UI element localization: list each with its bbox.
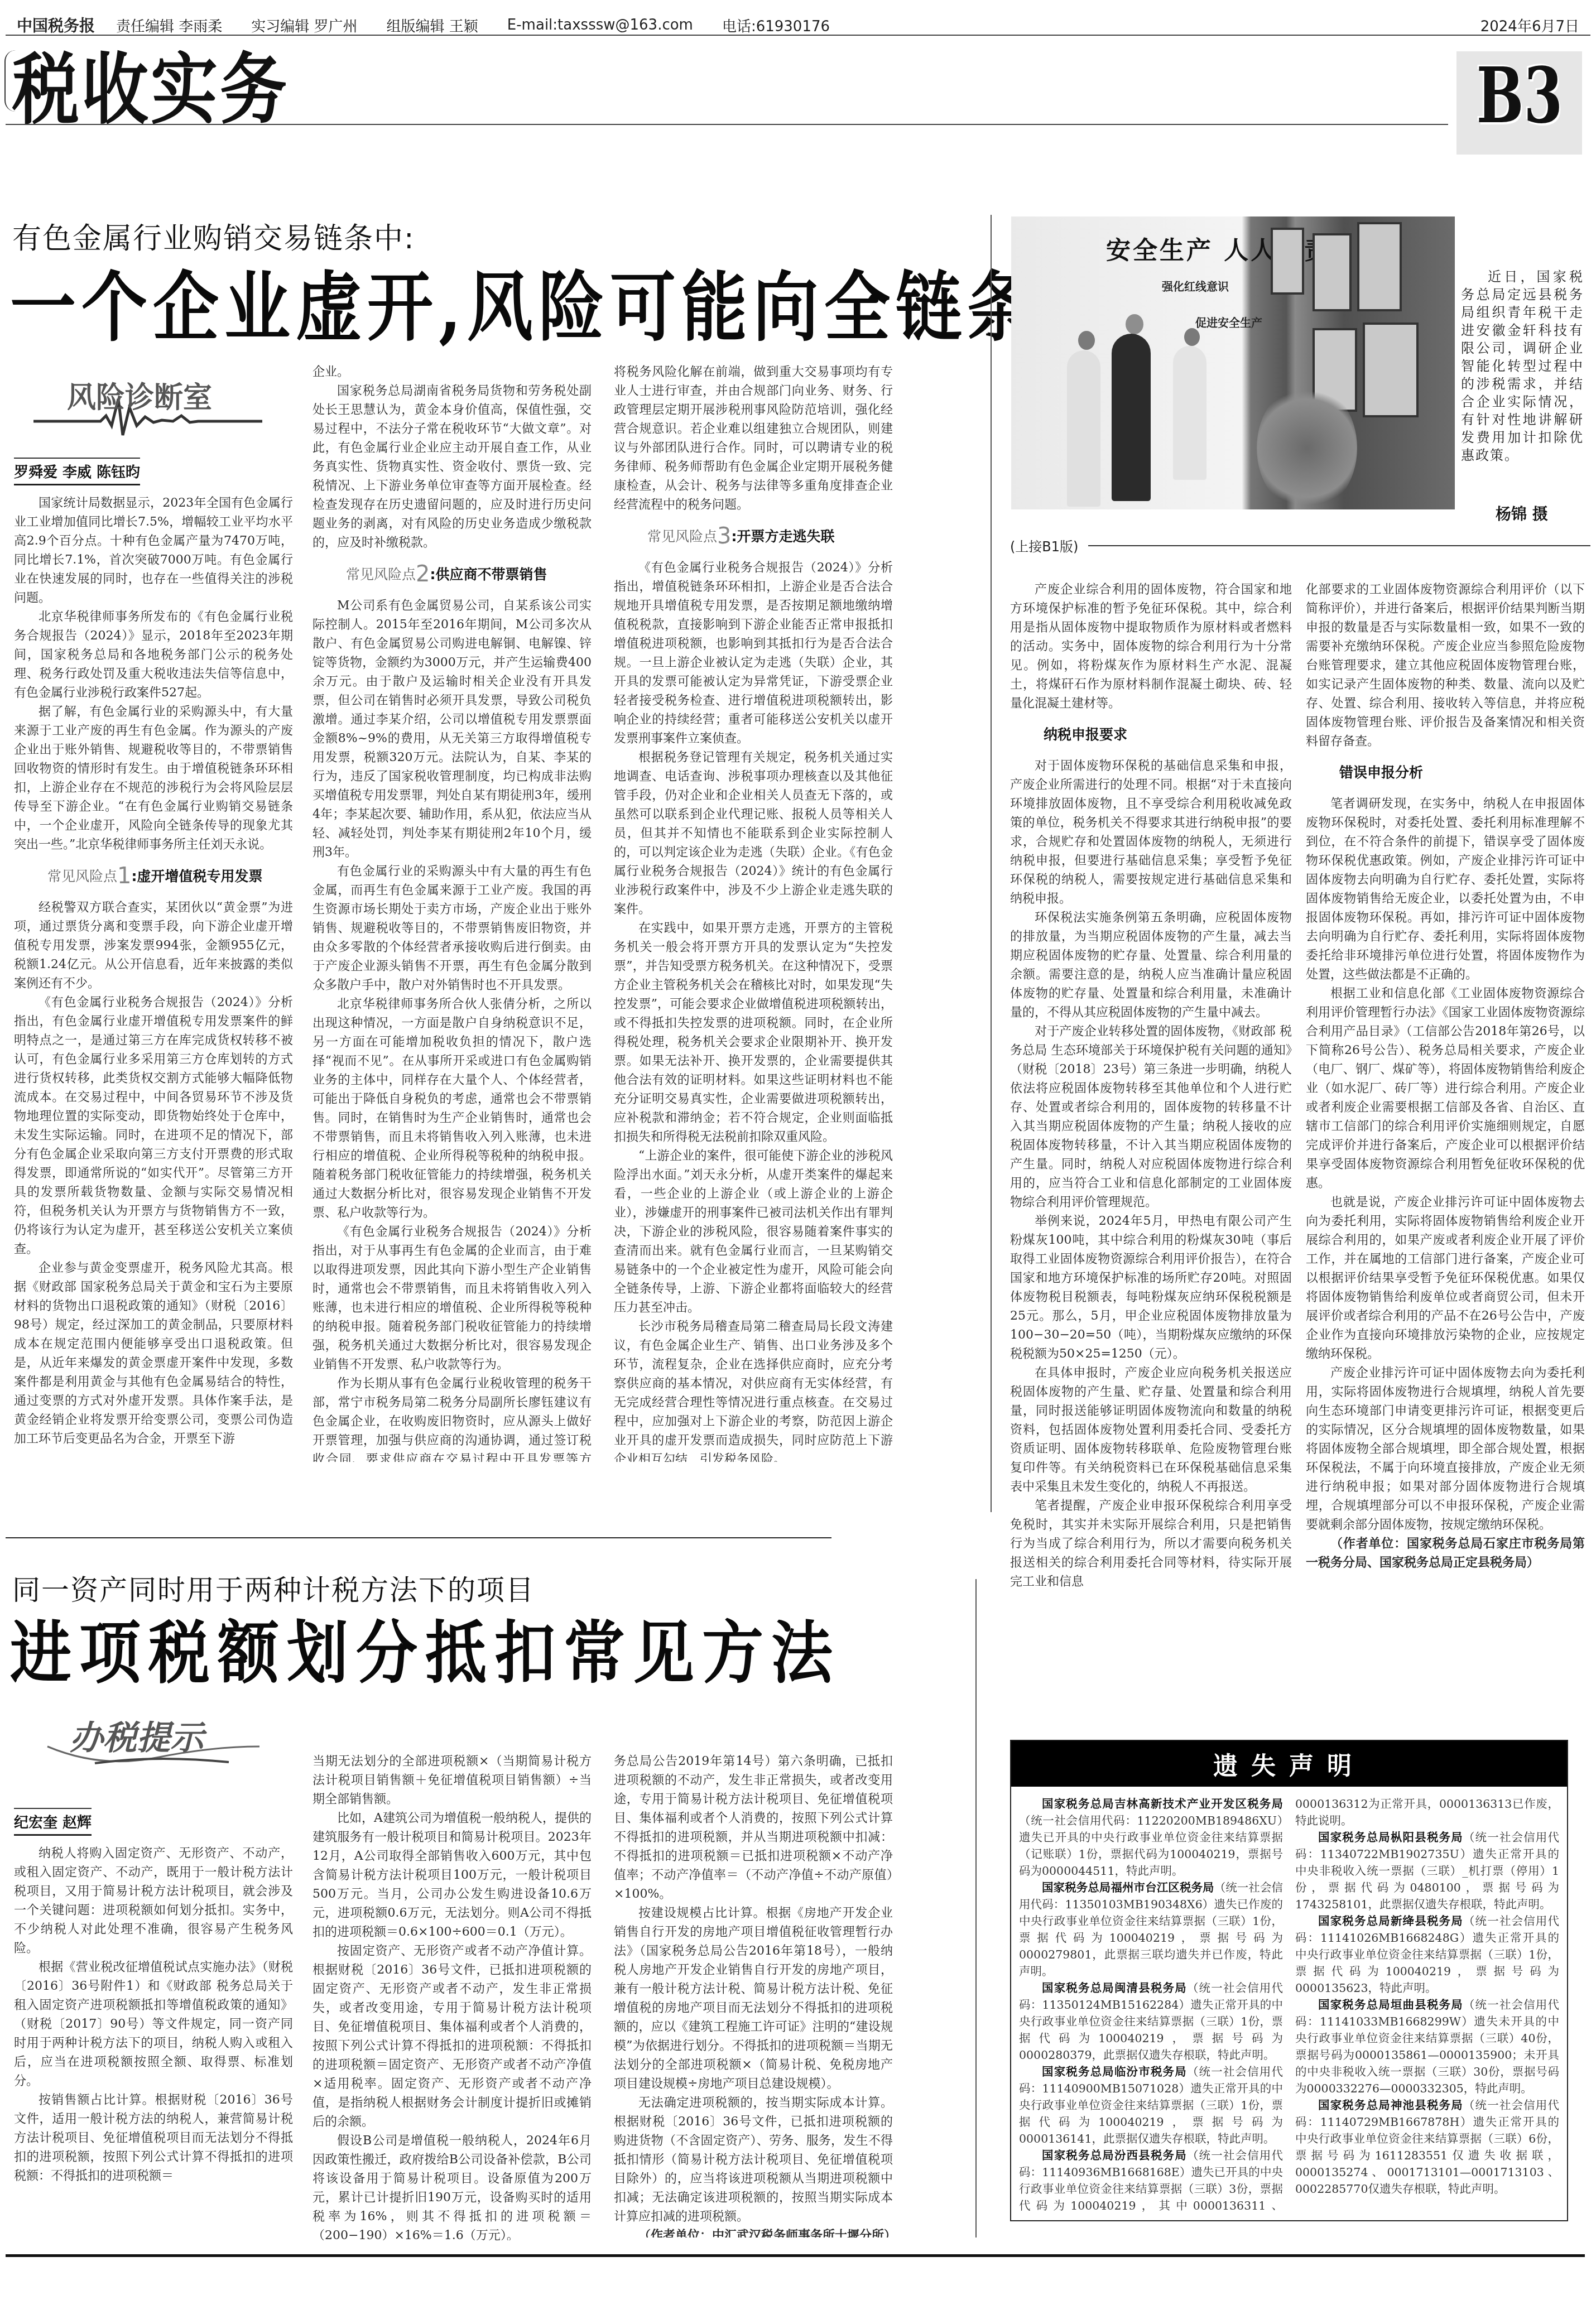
paragraph: 经税警双方联合查实，某团伙以“黄金票”为进项，通过票货分离和变票手段，向下游企业… [14, 898, 293, 993]
article2-column-3: 务总局公告2019年第14号）第六条明确，已抵扣进项税额的不动产，发生非正常损失… [614, 1752, 893, 2238]
page-bottom-rule [6, 2254, 1585, 2257]
paragraph: 无法确定进项税额的，按当期实际成本计算。根据财税〔2016〕36号文件，已抵扣进… [614, 2094, 893, 2226]
paragraph: 笔者调研发现，在实务中，纳税人在申报固体废物环保税时，对委托处置、委托利用标准理… [1306, 795, 1585, 984]
paragraph: 北京华税律师事务所合伙人张倩分析，之所以出现这种情况，一方面是散户自身纳税意识不… [313, 995, 592, 1223]
issuing-office: 国家税务总局汾西县税务局 [1042, 2149, 1187, 2162]
paragraph: 产废企业综合利用的固体废物，符合国家和地方环境保护标准的暂予免征环保税。其中，综… [1010, 580, 1292, 713]
photo-slogan-2: 促进安全生产 [1195, 314, 1262, 330]
paragraph: 举例来说，2024年5月，甲热电有限公司产生粉煤灰100吨，其中综合利用的粉煤灰… [1010, 1212, 1292, 1364]
paragraph: 国家税务总局湖南省税务局货物和劳务税处副处长王思慧认为，黄金本身价值高，保值性强… [313, 382, 592, 552]
lost-notice-box: 遗失声明 国家税务总局吉林高新技术产业开发区税务局（统一社会信用代码：11220… [1010, 1740, 1568, 2221]
person-head [1126, 314, 1143, 334]
issue-date: 2024年6月7日 [1480, 15, 1579, 36]
paragraph: 也就是说，产废企业排污许可证中固体废物去向为委托利用，实际将固体废物销售给利废企… [1306, 1193, 1585, 1364]
paragraph: “上游企业的案件，很可能使下游企业的涉税风险浮出水面。”刘天永分析，从虚开类案件… [614, 1147, 893, 1317]
monitor-screen [1363, 323, 1419, 417]
article3-column-1: 产废企业综合利用的固体废物，符合国家和地方环境保护标准的暂予免征环保税。其中，综… [1010, 580, 1292, 1702]
issuing-office: 国家税务总局吉林高新技术产业开发区税务局 [1042, 1797, 1283, 1811]
potted-plant [1257, 384, 1357, 509]
heartbeat-line-icon: 风险诊断室 [33, 365, 262, 438]
paragraph: 据了解，有色金属行业的采购源头中，有大量来源于工业产废的再生有色金属。作为源头的… [14, 702, 293, 854]
monitor-screen [1313, 233, 1352, 311]
notice-text: （统一社会信用代码：11220200MB189486XU）遗失已开具的中央行政事… [1019, 1814, 1283, 1878]
photo-caption: 近日，国家税务总局定远县税务局组织青年税干走进安徽金轩科技有限公司，调研企业智能… [1461, 268, 1584, 464]
page-number-tag: B3 [1456, 51, 1582, 155]
article1-byline: 罗舜爱 李威 陈钰昀 [14, 458, 140, 485]
article1-headline: 一个企业虚开,风险可能向全链条传导 [10, 259, 1181, 356]
issuing-office: 国家税务总局新绛县税务局 [1318, 1914, 1463, 1928]
lost-notice-entries: 国家税务总局吉林高新技术产业开发区税务局（统一社会信用代码：11220200MB… [1019, 1796, 1559, 2215]
article1-column-2: 企业。 国家税务总局湖南省税务局货物和劳务税处副处长王思慧认为，黄金本身价值高，… [313, 363, 592, 1462]
person-head [1078, 331, 1095, 350]
paragraph: 《有色金属行业税务合规报告（2024）》分析指出，增值税链条环环相扣，上游企业是… [614, 559, 893, 748]
issuing-office: 国家税务总局枞阳县税务局 [1318, 1831, 1463, 1844]
paragraph: 根据工业和信息化部《工业固体废物资源综合利用评价管理暂行办法》《国家工业固体废物… [1306, 984, 1585, 1193]
lost-notice-entry: 国家税务总局枞阳县税务局（统一社会信用代码：11340722MB1902735U… [1295, 1829, 1559, 1913]
article1-column-1: 国家统计局数据显示，2023年全国有色金属行业工业增加值同比增长7.5%，增幅较… [14, 494, 293, 1462]
article2-byline: 纪宏奎 赵辉 [14, 1808, 92, 1836]
paragraph: 《有色金属行业税务合规报告（2024）》分析指出，有色金属行业虚开增值税专用发票… [14, 993, 293, 1259]
email[interactable]: E-mail:taxsssw@163.com [507, 17, 693, 33]
issuing-office: 国家税务总局神池县税务局 [1318, 2099, 1463, 2112]
paragraph: 在实践中，如果开票方走逃，开票方的主管税务机关一般会将开票方开具的发票认定为“失… [614, 919, 893, 1147]
lost-notice-entry: 国家税务总局福州市台江区税务局（统一社会信用代码：11350103MB19034… [1019, 1879, 1283, 1980]
article1-kicker: 有色金属行业购销交易链条中: [12, 215, 415, 257]
section-title: 税收实务 [12, 41, 289, 125]
person-tax-officer [1067, 350, 1100, 507]
issuing-office: 国家税务总局垣曲县税务局 [1318, 1998, 1463, 2012]
paragraph: 根据税务登记管理有关规定，税务机关通过实地调查、电话查询、涉税事项办理核查以及其… [614, 748, 893, 919]
person-worker [1112, 334, 1151, 501]
swoosh-icon: 办税提示 [45, 1707, 262, 1769]
notice-text: （统一社会信用代码：11350103MB190348X6）遗失已作废的中央行政事… [1019, 1881, 1283, 1978]
page-number: B3 [1476, 51, 1563, 141]
paragraph: 化部要求的工业固体废物资源综合利用评价（以下简称评价），并进行备案后，根据评价结… [1306, 580, 1585, 751]
paragraph: 企业参与黄金变票虚开，税务风险尤其高。根据《财政部 国家税务总局关于黄金和宝石为… [14, 1259, 293, 1449]
person-tax-officer [1173, 346, 1206, 480]
paragraph: 对于固体废物环保税的基础信息采集和申报，产废企业所需进行的处理不同。根据“对于未… [1010, 757, 1292, 908]
paragraph: 有色金属行业的采购源头中有大量的再生有色金属，而再生有色金属来源于工业产废。我国… [313, 862, 592, 995]
phone: 电话:61930176 [722, 15, 830, 36]
paragraph: 务总局公告2019年第14号）第六条明确，已抵扣进项税额的不动产，发生非正常损失… [614, 1752, 893, 1904]
paragraph: 在具体申报时，产废企业应向税务机关报送应税固体废物的产生量、贮存量、处置量和综合… [1010, 1364, 1292, 1497]
paragraph: 企业。 [313, 363, 592, 382]
news-photo: 安全生产 人人有责 强化红线意识 促进安全生产 [1011, 216, 1455, 509]
monitor-screen [1271, 228, 1304, 295]
logo-text: 风险诊断室 [67, 381, 212, 415]
lost-notice-entry: 国家税务总局闽清县税务局（统一社会信用代码：11350124MB15162284… [1019, 1980, 1283, 2063]
continued-from-label: (上接B1版) [1010, 536, 1590, 555]
risk-point-1-subhead: 常见风险点1:虚开增值税专用发票 [47, 867, 293, 886]
lost-notice-entry: 国家税务总局神池县税务局（统一社会信用代码：11140729MB1667878H… [1295, 2097, 1559, 2197]
article-separator-rule [6, 1537, 831, 1538]
paragraph: 长沙市税务局稽查局第二稽查局局长段文涛建议，有色金属企业生产、销售、出口业务涉及… [614, 1317, 893, 1462]
paragraph: 国家统计局数据显示，2023年全国有色金属行业工业增加值同比增长7.5%，增幅较… [14, 494, 293, 608]
photo-credit: 杨锦 摄 [1496, 502, 1548, 525]
lost-notice-entry: 国家税务总局垣曲县税务局（统一社会信用代码：11141033MB1668299W… [1295, 1996, 1559, 2097]
author-unit: （作者单位：国家税务总局石家庄市税务局第一税务分局、国家税务总局正定县税务局） [1306, 1534, 1585, 1572]
notice-text: （统一社会信用代码：11140729MB1667878H）遗失正常开具的中央行政… [1295, 2099, 1559, 2196]
paragraph: 将税务风险化解在前端，做到重大交易事项均有专业人士进行审查，并由合规部门向业务、… [614, 363, 893, 514]
svg-text:办税提示: 办税提示 [70, 1719, 208, 1758]
monitor-screen [1357, 222, 1402, 311]
article3-column-2: 化部要求的工业固体废物资源综合利用评价（以下简称评价），并进行备案后，根据评价结… [1306, 580, 1585, 1702]
person-head [1184, 328, 1200, 346]
author-unit: （作者单位：中汇武汉税务师事务所十堰分所） [614, 2226, 893, 2238]
article2-column-2: 当期无法划分的全部进项税额×（当期简易计税方法计税项目销售额＋免征增值税项目销售… [313, 1752, 592, 2240]
lost-notice-entry: 国家税务总局新绛县税务局（统一社会信用代码：11141026MB1668248G… [1295, 1913, 1559, 1996]
column-divider [975, 1579, 977, 2238]
subhead: 纳税申报要求 [1044, 725, 1292, 744]
issuing-office: 国家税务总局福州市台江区税务局 [1042, 1881, 1214, 1894]
paragraph: 产废企业排污许可证中固体废物去向为委托利用，实际将固体废物进行合规填埋，纳税人首… [1306, 1364, 1585, 1534]
issuing-office: 国家税务总局闽清县税务局 [1042, 1981, 1187, 1995]
article1-column-3: 将税务风险化解在前端，做到重大交易事项均有专业人士进行审查，并由合规部门向业务、… [614, 363, 893, 1462]
lost-notice-entry: 国家税务总局吉林高新技术产业开发区税务局（统一社会信用代码：11220200MB… [1019, 1796, 1283, 1879]
lost-notice-title: 遗失声明 [1011, 1741, 1567, 1787]
layout-editor: 组版编辑 王颖 [387, 15, 478, 36]
paragraph: 作为长期从事有色金属行业税收管理的税务干部，常宁市税务局第二税务分局副所长廖钰建… [313, 1374, 592, 1462]
lost-notice-entry: 国家税务总局临汾市税务局（统一社会信用代码：11140900MB15071028… [1019, 2063, 1283, 2147]
subhead: 错误申报分析 [1339, 763, 1585, 782]
paragraph: M公司系有色金属贸易公司，自某系该公司实际控制人。2015年至2016年期间，M… [313, 596, 592, 862]
section-rule [6, 124, 1448, 125]
paragraph: 对于产废企业转移处置的固体废物，《财政部 税务总局 生态环境部关于环境保护税有关… [1010, 1022, 1292, 1212]
paragraph: 按建设规模占比计算。根据《房地产开发企业销售自行开发的房地产项目增值税征收管理暂… [614, 1904, 893, 2094]
column-divider [991, 215, 992, 1512]
notice-text: （统一社会信用代码：11141033MB1668299W）遗失未开具的中央行政事… [1295, 1998, 1559, 2095]
article2-column-1: 纳税人将购入固定资产、无形资产、不动产，或租入固定资产、不动产，既用于一般计税方… [14, 1844, 293, 2240]
paragraph: 北京华税律师事务所发布的《有色金属行业税务合规报告（2024）》显示，2018年… [14, 608, 293, 702]
article2-headline: 进项税额划分抵扣常见方法 [10, 1610, 840, 1696]
paragraph: 《有色金属行业税务合规报告（2024）》分析指出，对于从事再生有色金属的企业而言… [313, 1223, 592, 1374]
tax-tips-column-logo: 办税提示 [45, 1707, 262, 1769]
risk-point-3-subhead: 常见风险点3:开票方走逃失联 [647, 527, 893, 546]
risk-point-2-subhead: 常见风险点2:供应商不带票销售 [346, 565, 592, 584]
paragraph: 环保税法实施条例第五条明确，应税固体废物的排放量，为当期应税固体废物的产生量，减… [1010, 908, 1292, 1022]
article2-kicker: 同一资产同时用于两种计税方法下的项目 [12, 1568, 535, 1608]
risk-diagnosis-column-logo: 风险诊断室 [33, 365, 262, 438]
issuing-office: 国家税务总局临汾市税务局 [1042, 2065, 1187, 2078]
paragraph: 笔者提醒，产废企业申报环保税综合利用享受免税时，其实并未实际开展综合利用，只是把… [1010, 1497, 1292, 1591]
photo-slogan-1: 强化红线意识 [1162, 278, 1229, 294]
